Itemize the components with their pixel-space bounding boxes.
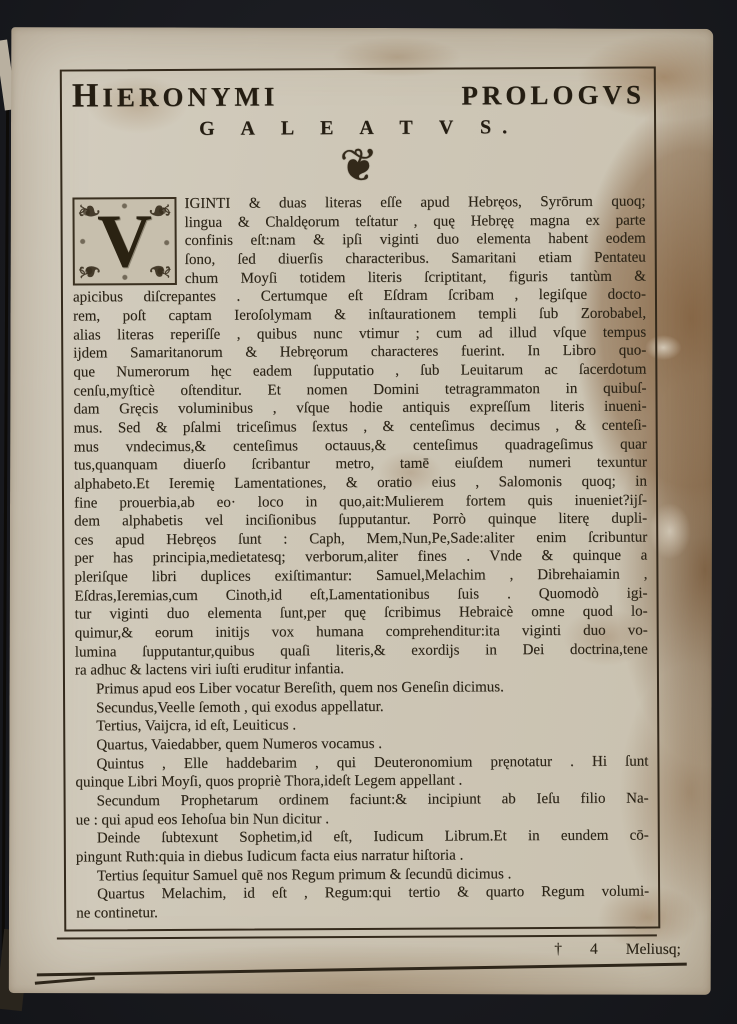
book-list-line: Secundum Prophetarum ordinem faciunt:& i… [76, 789, 649, 811]
bottom-left-page-edge-line [35, 977, 95, 985]
text-line: alphabeto.Et Ieremię Lamentationes, & or… [74, 472, 647, 494]
text-line: que Numerorum hęc eadem ſupputatio , ſub… [73, 360, 646, 382]
text-line: mus. Sed & pſalmi triceſimus ſextus , & … [74, 416, 647, 438]
catchword: Meliusq; [626, 941, 681, 959]
woodcut-drop-cap: ❧ ❧ ❧ ❧ V [72, 197, 176, 286]
drop-cap-letter: V [74, 199, 174, 284]
signature-number: 4 [590, 941, 598, 959]
book-list-line: Deinde ſubtexunt Sophetim,id eſt, Iudicu… [76, 827, 649, 849]
signature-catchword-row: † 4 Meliusq; [61, 939, 681, 959]
book-list-line: ne continetur. [76, 901, 649, 923]
signature-mark: † [554, 941, 562, 959]
ruled-text-frame: HIERONYMI PROLOGVS G A L E A T V S. ❦ ❧ … [60, 66, 661, 931]
page-title: HIERONYMI PROLOGVS [72, 75, 645, 116]
book-list-line: Quartus Melachim, id eſt , Regum:qui ter… [76, 883, 649, 905]
text-line: rem, poſt captam Ieroſolymam & inſtaurat… [73, 304, 646, 326]
bottom-rule [37, 963, 687, 976]
book-page: HIERONYMI PROLOGVS G A L E A T V S. ❦ ❧ … [9, 27, 714, 995]
fleuron-ornament-icon: ❦ [72, 138, 645, 195]
book-list-line: Quintus , Elle haddebarim , qui Deuteron… [75, 752, 648, 774]
body-text: ❧ ❧ ❧ ❧ V IGINTI & duas literas eſſe apu… [72, 192, 649, 923]
page-subtitle: G A L E A T V S. [72, 115, 645, 141]
binding-gutter-shadow [2, 70, 10, 950]
text-line: lumina ſupputantur,quibus quaſi literis,… [75, 640, 648, 662]
